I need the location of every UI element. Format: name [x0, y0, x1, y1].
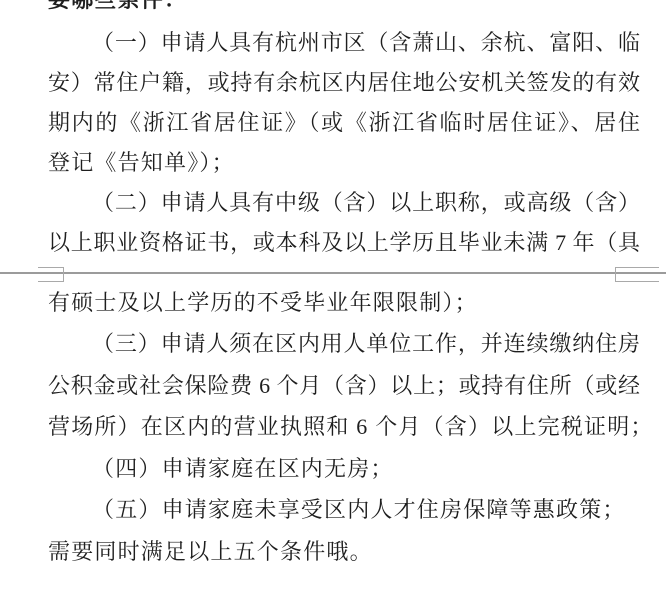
heading-line-partial: 要哪些条件： — [48, 0, 640, 20]
text-line: （二）申请人具有中级（含）以上职称，或高级（含） — [48, 183, 640, 223]
page-break-line — [0, 272, 666, 274]
page-margin-mark-left — [38, 267, 64, 282]
text-lines: 要哪些条件：（一）申请人具有杭州市区（含萧山、余杭、富阳、临安）常住户籍，或持有… — [0, 0, 666, 597]
text-line: （三）申请人须在区内用人单位工作，并连续缴纳住房 — [48, 324, 640, 364]
text-line: 营场所）在区内的营业执照和 6 个月（含）以上完税证明； — [48, 407, 640, 447]
text-line: 登记《告知单》）； — [48, 143, 640, 183]
text-line: （一）申请人具有杭州市区（含萧山、余杭、富阳、临 — [48, 23, 640, 63]
text-line: （五）申请家庭未享受区内人才住房保障等惠政策； — [48, 490, 640, 530]
text-line: 安）常住户籍，或持有余杭区内居住地公安机关签发的有效 — [48, 63, 640, 103]
document-page: 要哪些条件：（一）申请人具有杭州市区（含萧山、余杭、富阳、临安）常住户籍，或持有… — [0, 0, 666, 597]
text-line: 需要同时满足以上五个条件哦。 — [48, 532, 640, 572]
page-margin-mark-right — [615, 267, 659, 282]
text-line: 有硕士及以上学历的不受毕业年限限制）； — [48, 283, 640, 323]
text-line: 以上职业资格证书，或本科及以上学历且毕业未满 7 年（具 — [48, 223, 640, 263]
text-line: （四）申请家庭在区内无房； — [48, 449, 640, 489]
text-line: 期内的《浙江省居住证》（或《浙江省临时居住证》、居住 — [48, 103, 640, 143]
text-line: 公积金或社会保险费 6 个月（含）以上；或持有住所（或经 — [48, 366, 640, 406]
